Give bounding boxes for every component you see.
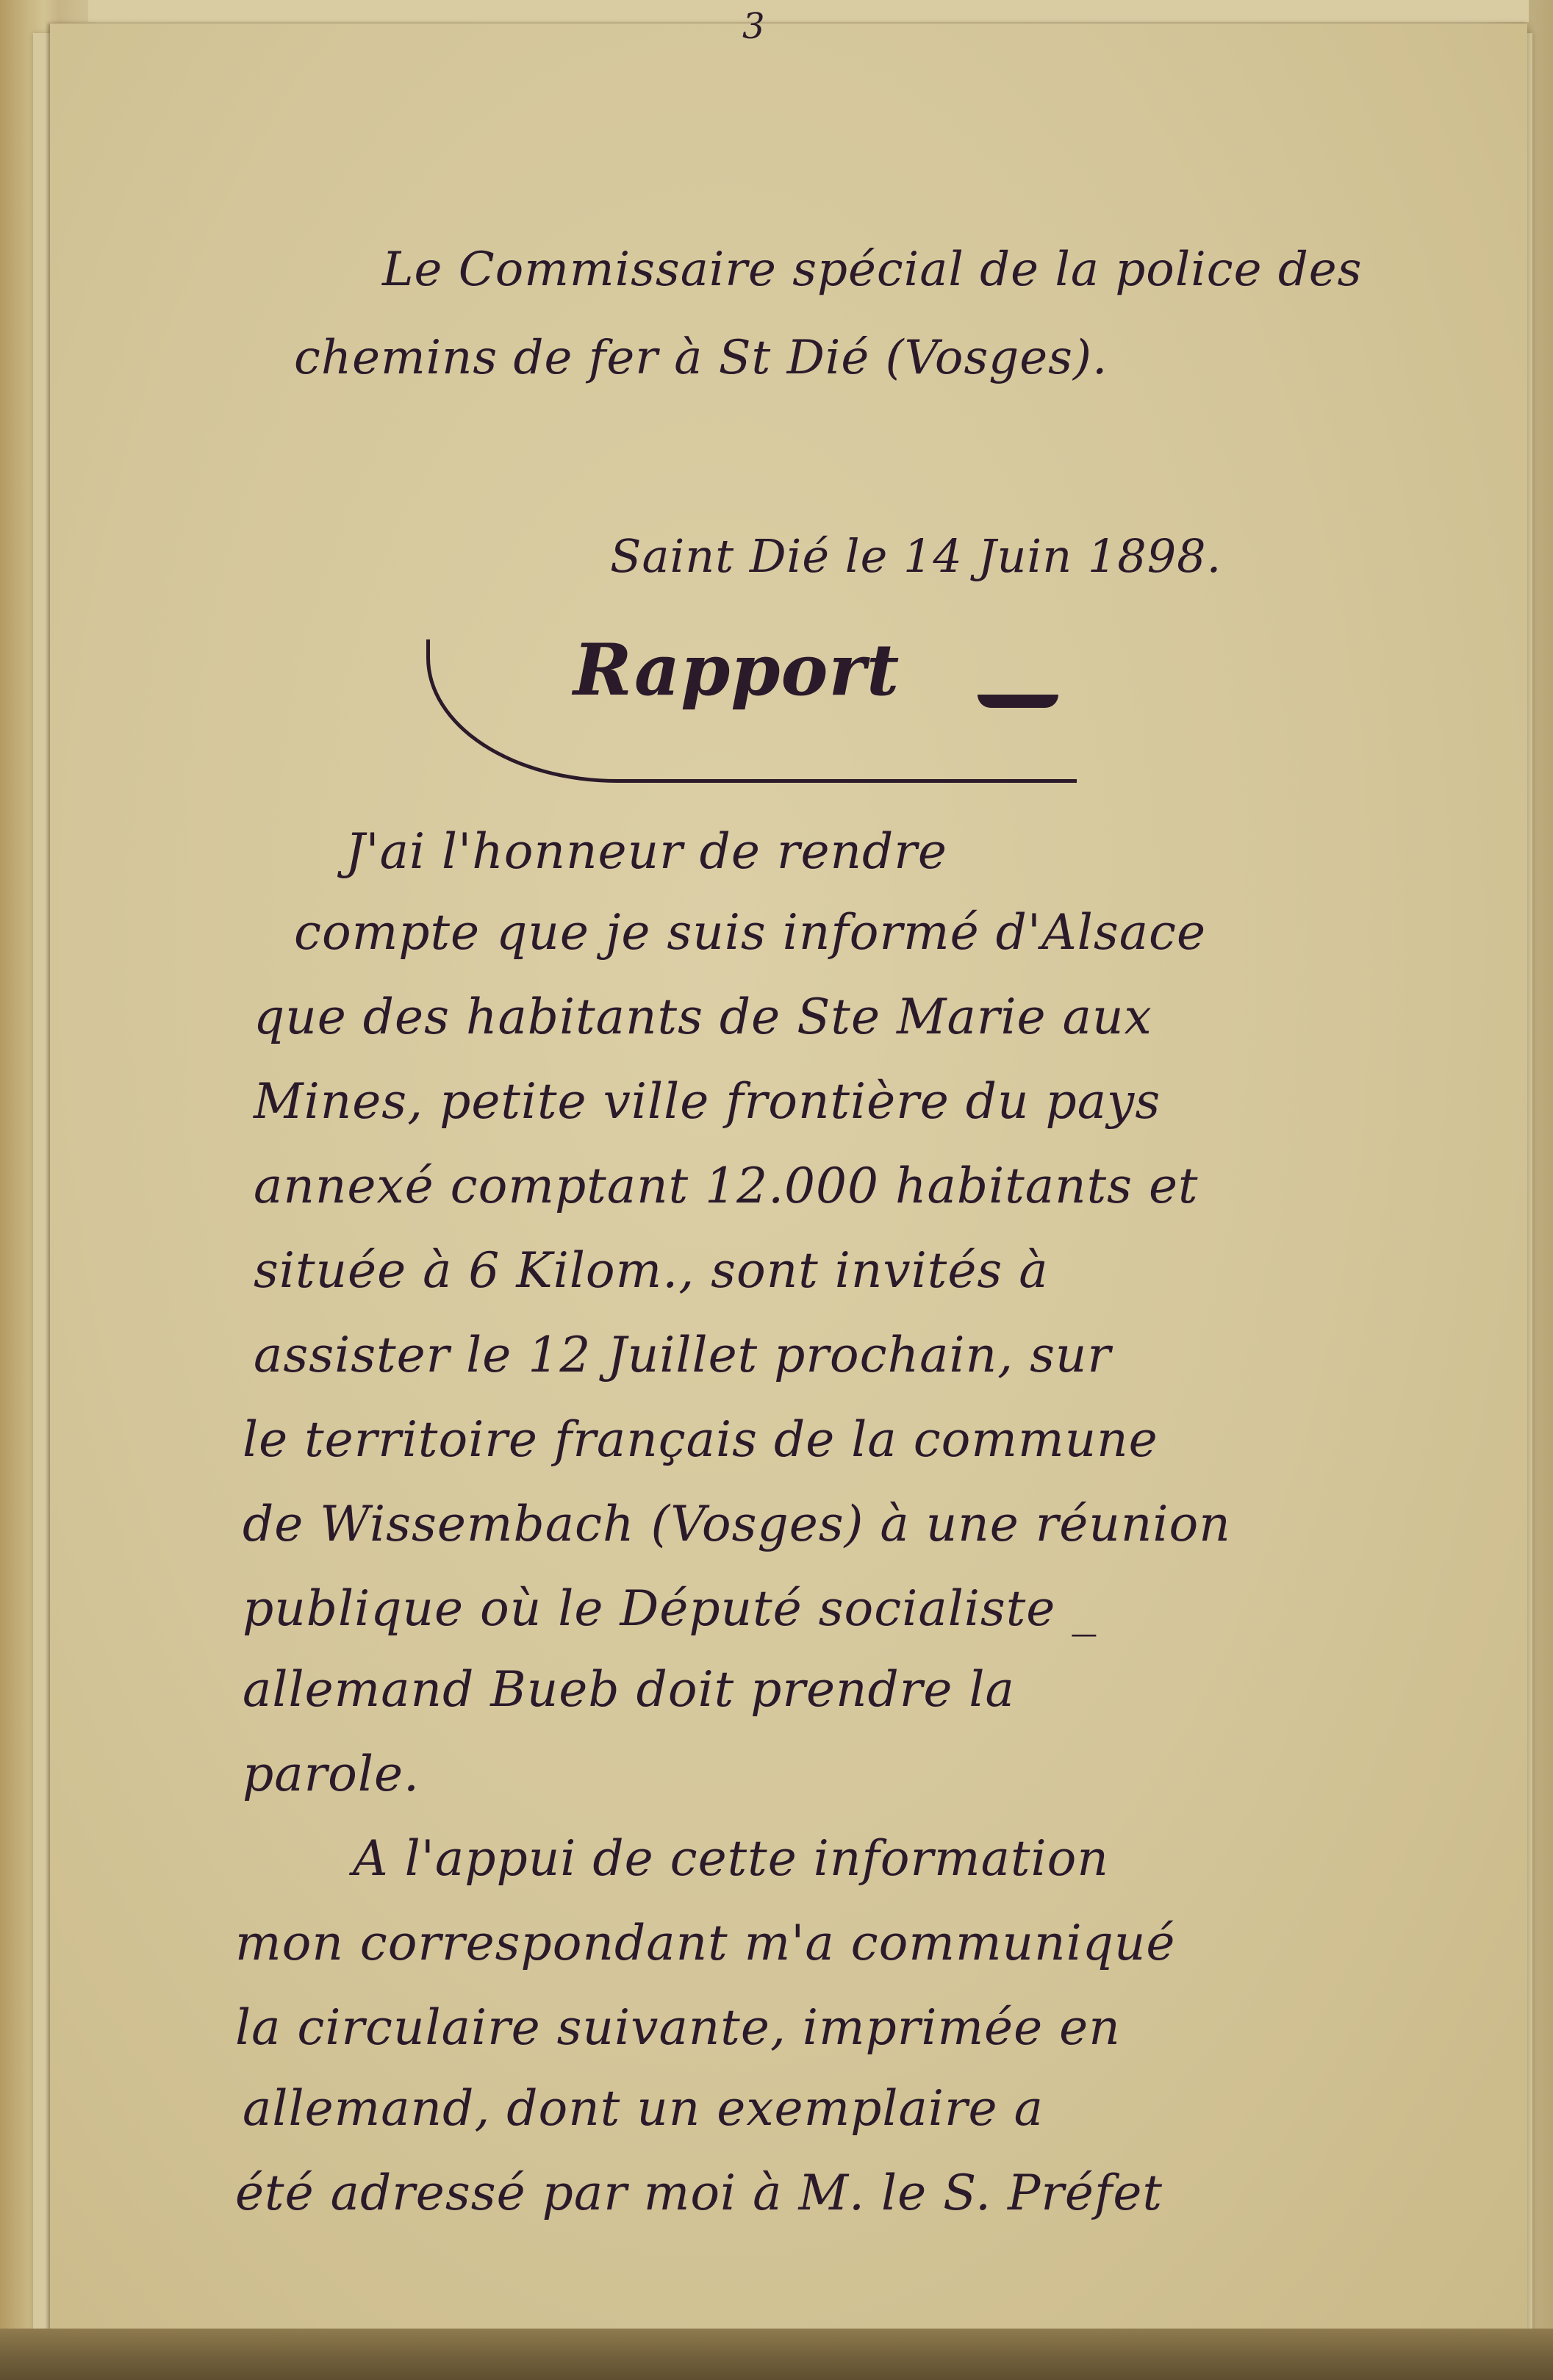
document-title: Rapport [573,628,900,712]
header-line-1: Le Commissaire spécial de la police des [382,243,1363,297]
body-line: le territoire français de la commune [243,1411,1158,1468]
body-line: compte que je suis informé d'Alsace [294,904,1206,961]
body-line: que des habitants de Ste Marie aux [254,989,1152,1045]
body-line: située à 6 Kilom., sont invités à [254,1242,1049,1299]
page-number: 3 [742,6,766,47]
body-line: allemand, dont un exemplaire a [243,2080,1044,2137]
body-line: mon correspondant m'a communiqué [235,1915,1176,1971]
header-line-2: chemins de fer à St Dié (Vosges). [294,331,1108,385]
body-line: la circulaire suivante, imprimée en [235,1999,1121,2056]
body-line: de Wissembach (Vosges) à une réunion [243,1496,1231,1552]
body-line: assister le 12 Juillet prochain, sur [254,1327,1111,1383]
body-line: parole. [243,1746,420,1802]
title-flourish [978,695,1058,708]
body-line: annexé comptant 12.000 habitants et [254,1158,1199,1214]
body-line: J'ai l'honneur de rendre [345,823,947,880]
body-line: été adressé par moi à M. le S. Préfet [235,2165,1163,2221]
date-line: Saint Dié le 14 Juin 1898. [610,529,1222,583]
body-line: allemand Bueb doit prendre la [243,1661,1015,1718]
underlying-sheet-top [88,0,1529,22]
body-line: A l'appui de cette information [353,1830,1109,1887]
body-line: Mines, petite ville frontière du pays [254,1073,1161,1130]
body-line: publique où le Député socialiste _ [243,1580,1097,1637]
desk-shadow [0,2329,1553,2380]
